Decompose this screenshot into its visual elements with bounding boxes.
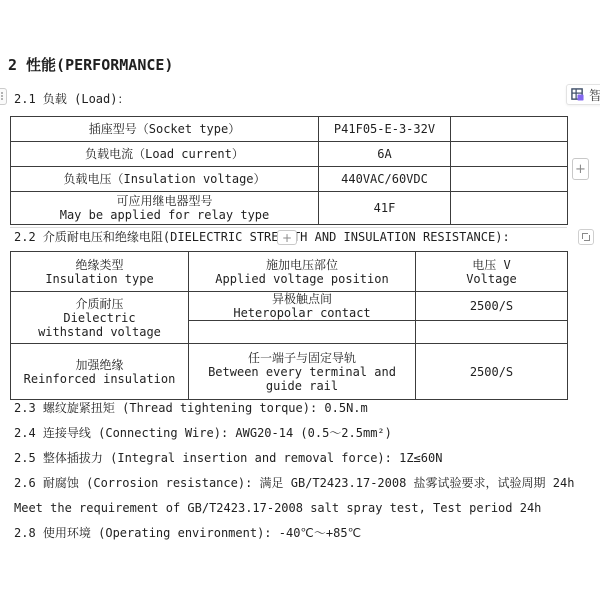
table-resize-handle[interactable] xyxy=(578,229,594,245)
table-cell-empty[interactable] xyxy=(416,321,568,344)
note-2-3: 2.3 螺纹旋紧扭矩 (Thread tightening torque): 0… xyxy=(14,401,368,415)
table-cell-voltage[interactable]: 2500/S xyxy=(416,344,568,400)
note-2-4: 2.4 连接导线 (Connecting Wire): AWG20-14 (0.… xyxy=(14,426,392,440)
section-2-1-heading: 2.1 负载 (Load)： xyxy=(14,92,129,106)
table-row: 负载电流（Load current） 6A xyxy=(11,142,568,167)
position-zh: 异极触点间 xyxy=(191,292,413,306)
resize-corner-icon xyxy=(584,235,590,241)
table-cell-empty[interactable] xyxy=(451,117,568,142)
add-row-button[interactable]: + xyxy=(277,230,297,245)
table-row: 介质耐压 Dielectric withstand voltage 异极触点间 … xyxy=(11,292,568,321)
add-column-button[interactable]: + xyxy=(572,158,589,180)
table-cell-empty[interactable] xyxy=(451,142,568,167)
page-title: 2 性能(PERFORMANCE) xyxy=(8,54,173,75)
smart-tool-toolbar[interactable]: 智 xyxy=(566,84,600,105)
document-page: 2 性能(PERFORMANCE) 2.1 负载 (Load)： 智 插座型号（… xyxy=(0,0,600,600)
table-cell-label[interactable]: 插座型号（Socket type） xyxy=(11,117,319,142)
paragraph-drag-handle[interactable] xyxy=(0,88,7,105)
table-cell-value[interactable]: P41F05-E-3-32V xyxy=(319,117,451,142)
table-cell-value[interactable]: 41F xyxy=(319,192,451,225)
misspelled-word: Heteropolar xyxy=(233,306,312,320)
table-cell-empty[interactable] xyxy=(451,167,568,192)
table-cell-label[interactable]: 负载电压（Insulation voltage） xyxy=(11,167,319,192)
smart-tool-label: 智 xyxy=(589,85,600,104)
table-cell-value[interactable]: 6A xyxy=(319,142,451,167)
table-cell-label[interactable]: 介质耐压 Dielectric withstand voltage xyxy=(11,292,189,344)
plus-icon: + xyxy=(282,232,292,244)
table-cell-label[interactable]: 可应用继电器型号 May be applied for relay type xyxy=(11,192,319,225)
section-2-2-heading: 2.2 介质耐电压和绝缘电阻(DIELECTRIC STRENGTH AND I… xyxy=(14,230,510,244)
table-cell-label[interactable]: 加强绝缘 Reinforced insulation xyxy=(11,344,189,400)
header-cell-voltage-position[interactable]: 施加电压部位 Applied voltage position xyxy=(189,252,416,292)
header-cell-insulation-type[interactable]: 绝缘类型 Insulation type xyxy=(11,252,189,292)
table-cell-empty[interactable] xyxy=(451,192,568,225)
load-table: 插座型号（Socket type） P41F05-E-3-32V 负载电流（Lo… xyxy=(10,116,568,225)
table-header-row: 绝缘类型 Insulation type 施加电压部位 Applied volt… xyxy=(11,252,568,292)
dielectric-table: 绝缘类型 Insulation type 施加电压部位 Applied volt… xyxy=(10,251,568,400)
position-en: Heteropolar contact xyxy=(191,306,413,320)
table-cell-label[interactable]: 负载电流（Load current） xyxy=(11,142,319,167)
drag-handle-icon xyxy=(0,92,4,101)
table-cell-voltage[interactable]: 2500/S xyxy=(416,292,568,321)
table-cell-position[interactable]: 异极触点间 Heteropolar contact xyxy=(189,292,416,321)
table-tool-icon xyxy=(571,88,584,101)
plus-icon: + xyxy=(575,163,586,176)
table-cell-position[interactable]: 任一端子与固定导轨 Between every terminal and gui… xyxy=(189,344,416,400)
row-insert-indicator-line xyxy=(10,227,567,228)
note-2-8: 2.8 使用环境 (Operating environment): -40℃～+… xyxy=(14,526,361,540)
table-row: 插座型号（Socket type） P41F05-E-3-32V xyxy=(11,117,568,142)
note-2-5: 2.5 整体插拔力 (Integral insertion and remova… xyxy=(14,451,442,465)
table-row: 可应用继电器型号 May be applied for relay type 4… xyxy=(11,192,568,225)
table-cell-empty[interactable] xyxy=(189,321,416,344)
header-cell-voltage[interactable]: 电压 V Voltage xyxy=(416,252,568,292)
table-row: 负载电压（Insulation voltage） 440VAC/60VDC xyxy=(11,167,568,192)
note-2-6: 2.6 耐腐蚀 (Corrosion resistance): 满足 GB/T2… xyxy=(14,476,574,490)
table-row: 加强绝缘 Reinforced insulation 任一端子与固定导轨 Bet… xyxy=(11,344,568,400)
note-2-6-en: Meet the requirement of GB/T2423.17-2008… xyxy=(14,501,541,515)
table-cell-value[interactable]: 440VAC/60VDC xyxy=(319,167,451,192)
